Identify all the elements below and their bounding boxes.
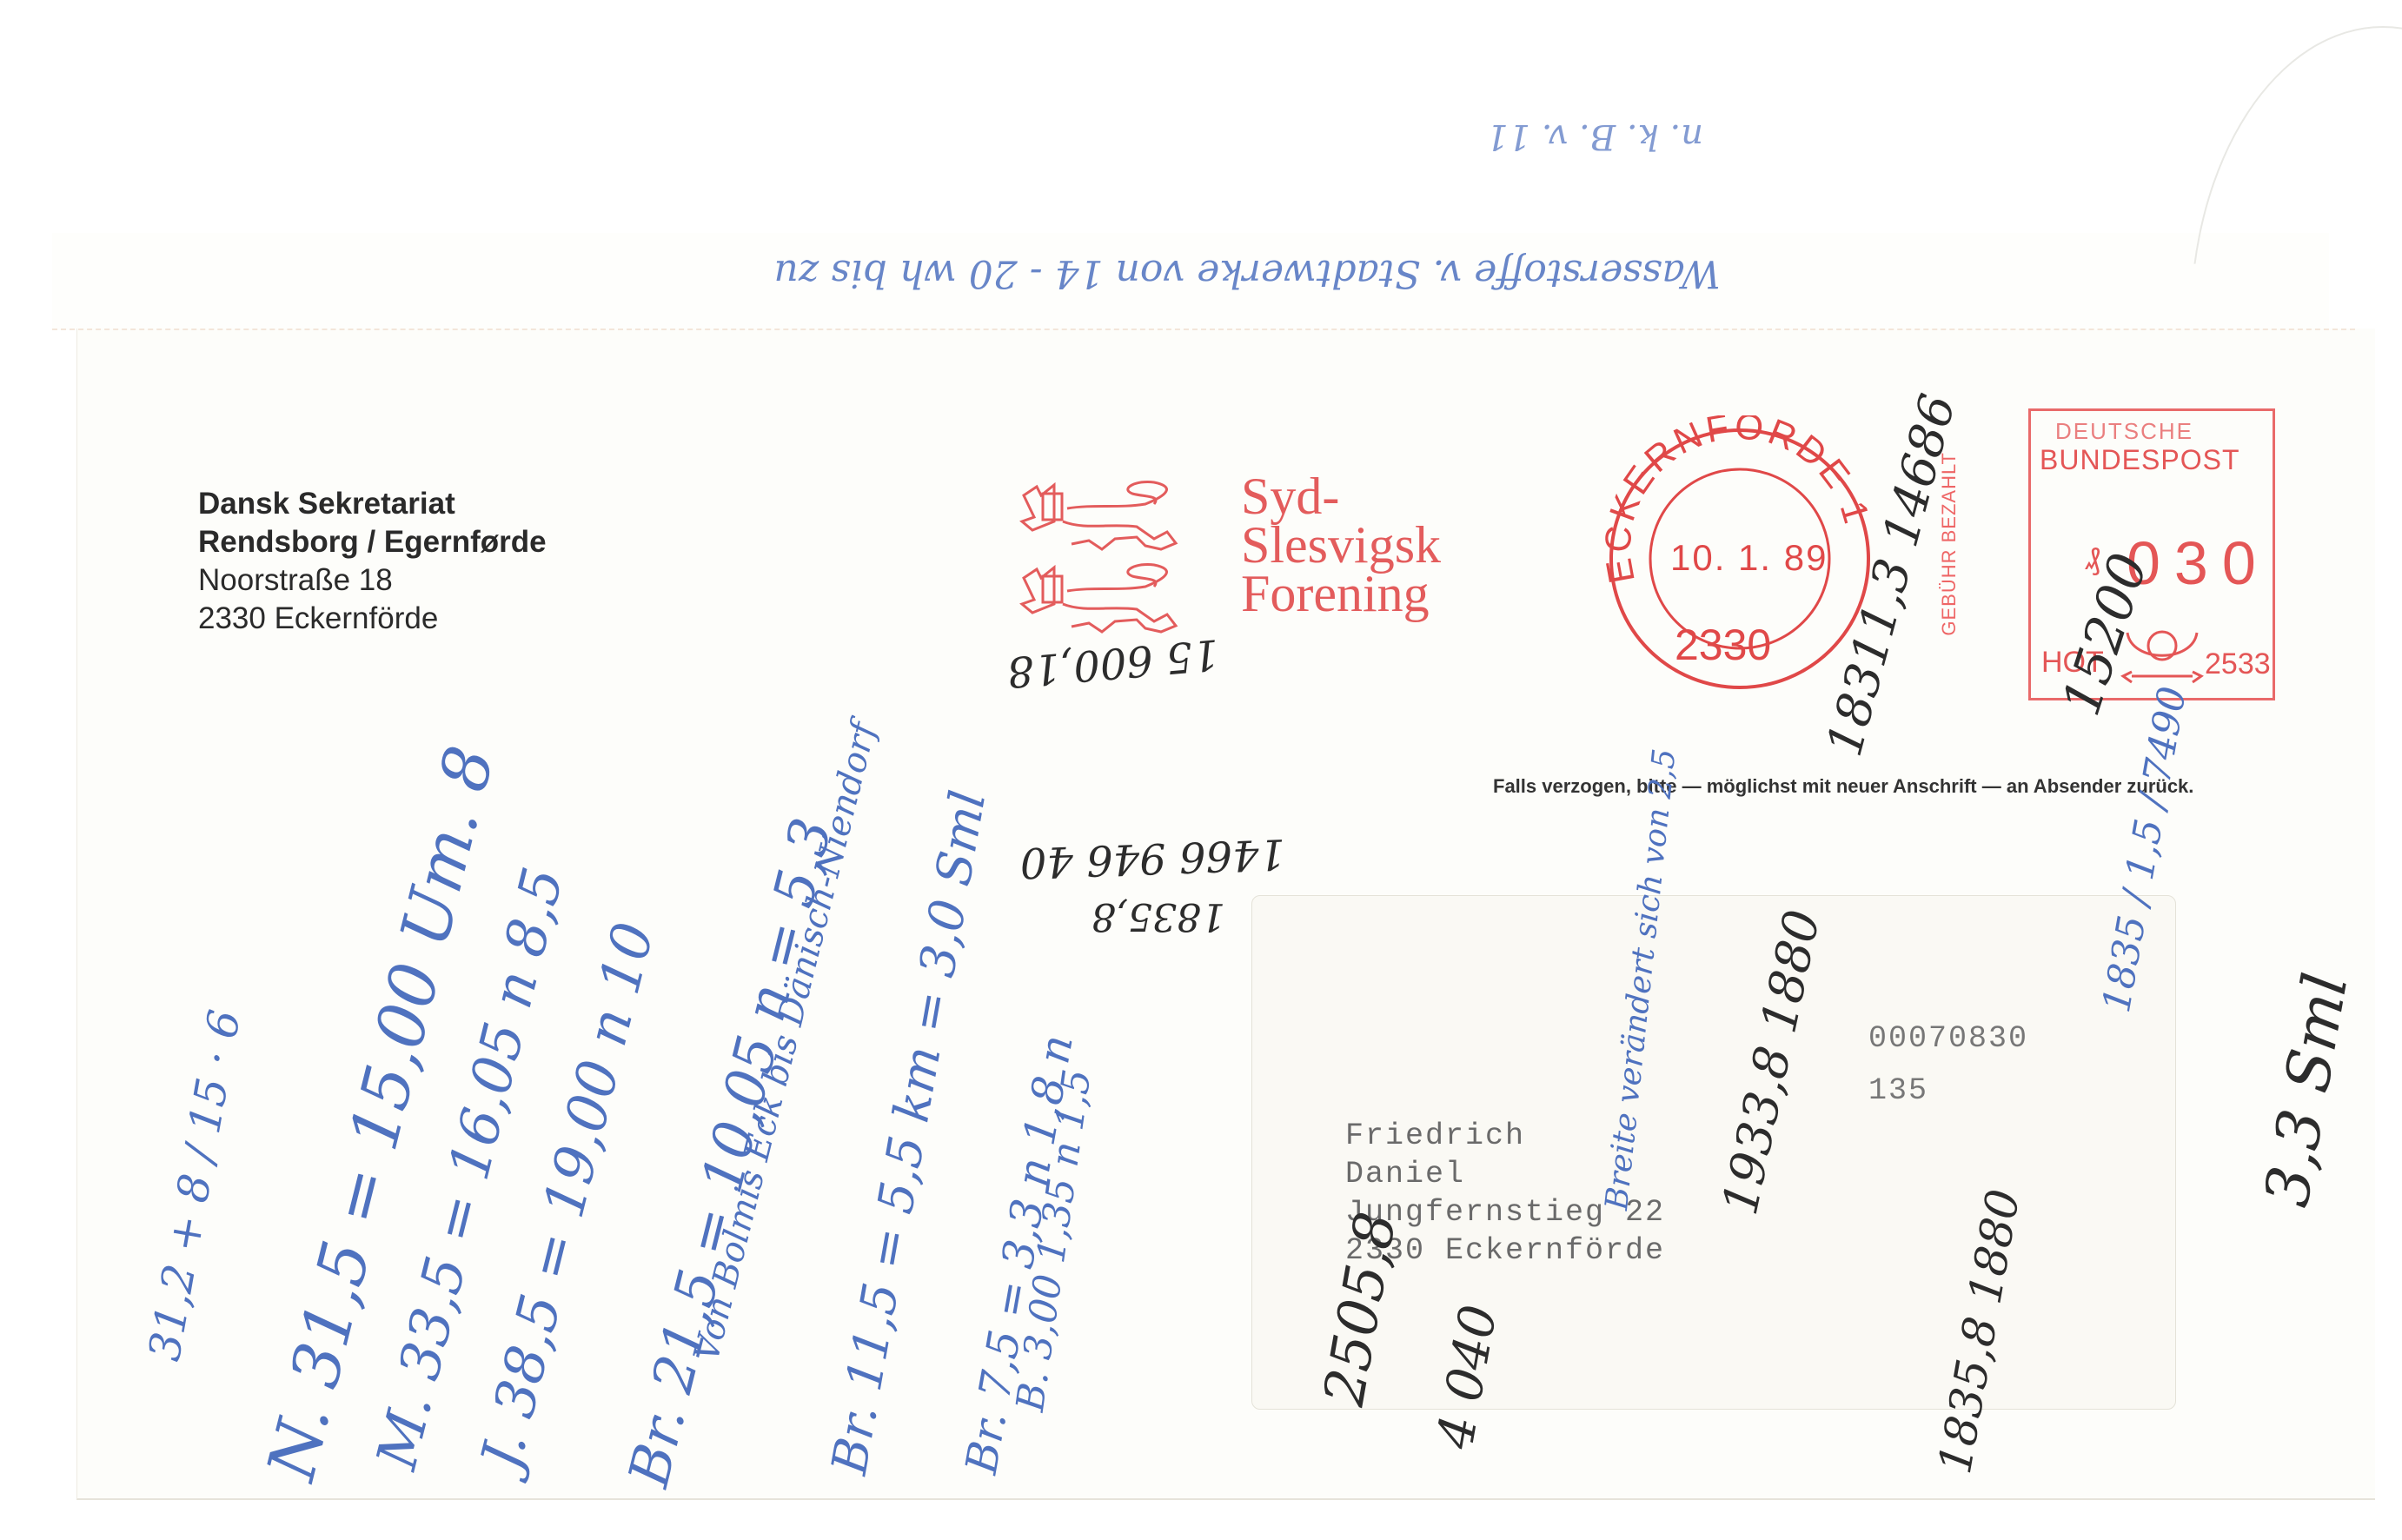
postmark-postal-code: 2330 <box>1675 620 1771 670</box>
meter-line-1: DEUTSCHE <box>2055 418 2193 445</box>
handwritten-upside-down-note: Wasserstoffe v. Stadtwerke von 14 - 20 w… <box>773 251 1721 295</box>
two-lions-coat-of-arms-icon <box>1015 469 1206 643</box>
org-name-line-3: Forening <box>1241 569 1441 618</box>
customer-sub: 135 <box>1868 1065 2028 1117</box>
sender-line-1: Dansk Sekretariat <box>198 485 547 523</box>
handwritten-ink-3: 1835,8 <box>1092 894 1225 939</box>
organization-name: Syd- Slesvigsk Forening <box>1241 472 1441 618</box>
meter-right-code: 2533 <box>2205 647 2271 681</box>
meter-line-2: BUNDESPOST <box>2040 444 2239 476</box>
org-name-line-2: Slesvigsk <box>1241 521 1441 569</box>
return-notice: Falls verzogen, bitte — möglichst mit ne… <box>1493 775 2193 798</box>
customer-code: 00070830 135 <box>1868 1012 2028 1117</box>
sender-line-2: Rendsborg / Egernførde <box>198 523 547 561</box>
customer-number: 00070830 <box>1868 1012 2028 1065</box>
sender-line-4: 2330 Eckernförde <box>198 600 547 638</box>
flap-fold-line <box>52 329 2355 330</box>
handwritten-ink-2: 1466 946 40 <box>1019 829 1286 887</box>
org-name-line-1: Syd- <box>1241 472 1441 521</box>
postmark-date: 10. 1. 89 <box>1670 537 1828 579</box>
sender-line-3: Noorstraße 18 <box>198 561 547 600</box>
handwritten-top-small-note: n. k. B. v. 11 <box>1486 116 1703 156</box>
sender-address: Dansk Sekretariat Rendsborg / Egernførde… <box>198 485 547 638</box>
